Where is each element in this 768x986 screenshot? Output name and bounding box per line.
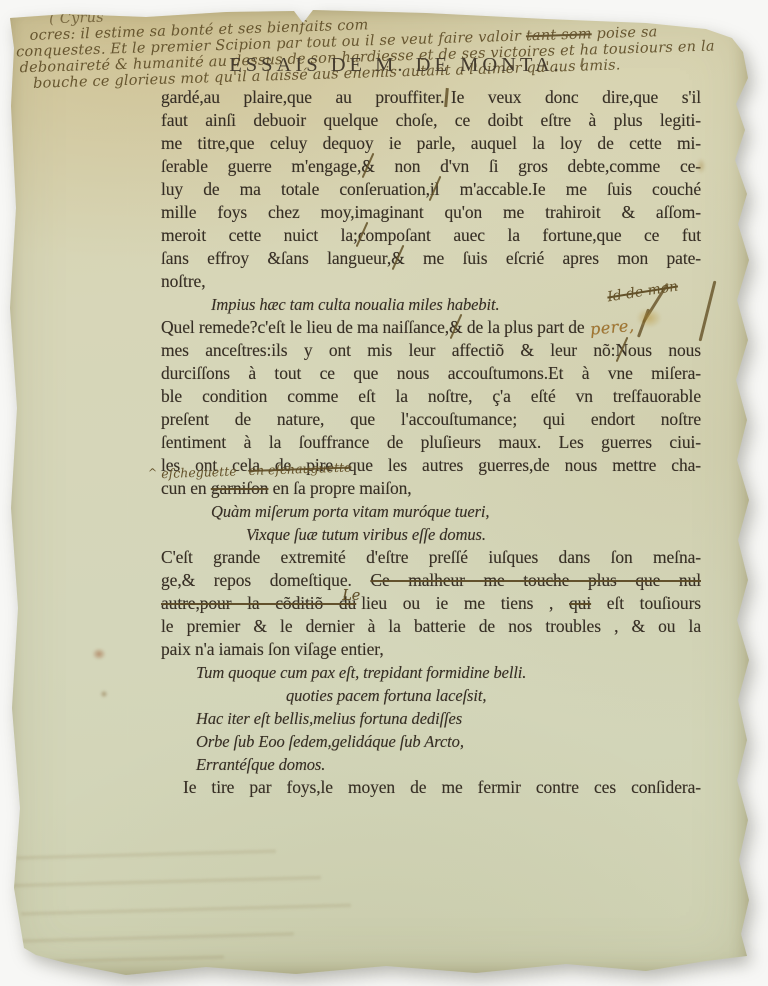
print-text: le premier & le dernier à la batterie de… xyxy=(161,616,701,636)
print-text: Tum quoque cum pax eſt, trepidant formid… xyxy=(196,663,526,682)
print-text: Quàm miſerum porta vitam muróque tueri, xyxy=(211,502,489,521)
body-line: cun en garniſon en ſa propre maiſon, xyxy=(161,477,701,500)
body-line: autre,pour la cõditiõ duLelieu ou ie me … xyxy=(161,592,701,615)
body-line: ge,& repos domeſtique. Ce malheur me tou… xyxy=(161,569,701,592)
print-text: Quel remede?c'eſt le lieu de ma naiſſanc… xyxy=(161,317,449,337)
print-text: ſans effroy &ſans langueur, xyxy=(161,248,391,268)
print-text: preſent de nature, que l'accouſtumance; … xyxy=(161,409,701,429)
struck-print-text: garniſon xyxy=(211,478,269,498)
print-text: C'eſt grande extremité d'eſtre preſſé iu… xyxy=(161,547,701,567)
print-text: Errantéſque domos. xyxy=(196,755,325,774)
print-text: durciſſons à tout ce que nous accouſtumo… xyxy=(161,363,701,383)
stain xyxy=(696,158,706,174)
print-text: ſerable guerre m'engage, xyxy=(161,156,361,176)
print-text: non d'vn ſi gros debte,comme ce- xyxy=(375,156,701,176)
print-text: Vixque ſuæ tutum viribus eſſe domus. xyxy=(246,525,486,544)
showthrough-streak xyxy=(14,932,294,943)
print-text: en ſa propre maiſon, xyxy=(268,478,411,498)
showthrough-streak xyxy=(24,955,224,964)
print-text: meroit cette nuict la; xyxy=(161,225,358,245)
body-line: luy de ma totale conſeruation,il m'accab… xyxy=(161,178,701,201)
body-line: Orbe ſub Eoo ſedem,gelidáque ſub Arcto, xyxy=(161,730,701,753)
handwritten-insertion-word: eſcheguette xyxy=(161,463,237,481)
page-shadow-wrap: ( Cyrusocres: il estime sa bonté et ses … xyxy=(0,0,768,986)
print-text: de la plus part de xyxy=(463,317,585,337)
body-line: gardé,au plaire,que au prouffiter.Ie veu… xyxy=(161,86,701,109)
pen-stroke xyxy=(699,281,717,342)
body-line: me titre,que celuy dequoy ie parle, auqu… xyxy=(161,132,701,155)
showthrough-streak xyxy=(16,850,276,861)
body-line: Hac iter eſt bellis,melius fortuna dediſ… xyxy=(161,707,701,730)
body-line: le premier & le dernier à la batterie de… xyxy=(161,615,701,638)
print-text: ble condition comme eſt la noſtre, ç'a e… xyxy=(161,386,701,406)
body-line: ble condition comme eſt la noſtre, ç'a e… xyxy=(161,385,701,408)
print-text: eſt touſiours xyxy=(591,593,701,613)
hand-corrected-char: il xyxy=(430,179,440,199)
body-line: C'eſt grande extremité d'eſtre preſſé iu… xyxy=(161,546,701,569)
marginalia-text: ( Cyrus xyxy=(49,10,104,28)
print-text: faut ainſi debuoir quelque choſe, ce doi… xyxy=(161,110,701,130)
handwritten-insertion-mark xyxy=(445,88,449,107)
print-text: noſtre, xyxy=(161,271,206,291)
stain xyxy=(636,308,662,328)
struck-print-text: Ce malheur me touche plus que nul xyxy=(370,570,701,590)
print-text: me titre,que celuy dequoy ie parle, auqu… xyxy=(161,133,701,153)
body-line: Quel remede?c'eſt le lieu de ma naiſſanc… xyxy=(161,316,701,339)
print-text: Impius hæc tam culta noualia miles habeb… xyxy=(211,295,500,314)
body-line: quoties pacem fortuna laceſsit, xyxy=(161,684,701,707)
print-text: luy de ma totale conſeruation, xyxy=(161,179,430,199)
hand-corrected-char: & xyxy=(391,248,405,268)
print-text: gardé,au plaire,que au prouffiter. xyxy=(161,87,444,107)
print-text: mes anceſtres:ils y ont mis leur affecti… xyxy=(161,340,615,360)
body-line: Errantéſque domos. xyxy=(161,753,701,776)
print-text: ous nous xyxy=(628,340,701,360)
print-text: quoties pacem fortuna laceſsit, xyxy=(286,686,486,705)
body-line: meroit cette nuict la;compoſant auec la … xyxy=(161,224,701,247)
struck-print-text: autre,pour la cõditiõ du xyxy=(161,593,356,613)
print-text: lieu ou ie me tiens , xyxy=(361,593,569,613)
hand-corrected-char: c xyxy=(358,225,366,245)
body-line: ſentiment à la ſouffrance de pluſieurs m… xyxy=(161,431,701,454)
hand-corrected-char: & xyxy=(361,156,375,176)
hand-corrected-char: & xyxy=(449,317,463,337)
body-line: Vixque ſuæ tutum viribus eſſe domus. xyxy=(161,523,701,546)
book-page: ( Cyrusocres: il estime sa bonté et ses … xyxy=(6,8,752,978)
print-text: ſentiment à la ſouffrance de pluſieurs m… xyxy=(161,432,701,452)
handwritten-insertion-word: Le xyxy=(342,588,360,604)
print-text: Ie veux donc dire,que s'il xyxy=(451,87,701,107)
struck-print-text: qui xyxy=(569,593,591,613)
hand-corrected-char: N xyxy=(615,340,628,360)
body-line: mes anceſtres:ils y ont mis leur affecti… xyxy=(161,339,701,362)
body-line: paix n'a iamais ſon viſage entier, xyxy=(161,638,701,661)
print-text: Orbe ſub Eoo ſedem,gelidáque ſub Arcto, xyxy=(196,732,464,751)
scanned-document-view: ( Cyrusocres: il estime sa bonté et ses … xyxy=(0,0,768,986)
body-line: durciſſons à tout ce que nous accouſtumo… xyxy=(161,362,701,385)
showthrough-streak xyxy=(21,904,351,917)
print-text: Hac iter eſt bellis,melius fortuna dediſ… xyxy=(196,709,462,728)
stain xyxy=(100,690,108,698)
body-line: ſans effroy &ſans langueur,& me ſuis eſc… xyxy=(161,247,701,270)
body-line: Tum quoque cum pax eſt, trepidant formid… xyxy=(161,661,701,684)
body-line: ſerable guerre m'engage,& non d'vn ſi gr… xyxy=(161,155,701,178)
body-line: Quàm miſerum porta vitam muróque tueri, xyxy=(161,500,701,523)
body-line: faut ainſi debuoir quelque choſe, ce doi… xyxy=(161,109,701,132)
print-text: me ſuis eſcrié apres mon pate- xyxy=(405,248,701,268)
body-text: gardé,au plaire,que au prouffiter.Ie veu… xyxy=(161,86,701,799)
stain xyxy=(92,648,106,660)
handwritten-marginalia-top: ( Cyrusocres: il estime sa bonté et ses … xyxy=(15,0,741,92)
print-text: cun en xyxy=(161,478,211,498)
body-line: preſent de nature, que l'accouſtumance; … xyxy=(161,408,701,431)
print-text: ge,& repos domeſtique. xyxy=(161,570,370,590)
showthrough-streak xyxy=(11,876,321,888)
print-text: ompoſant auec la fortune,que ce fut xyxy=(366,225,702,245)
running-header: ESSAIS DE M. DE MONTA. xyxy=(106,54,686,77)
body-line: Ie tire par foys,le moyen de me fermir c… xyxy=(161,776,701,799)
print-text: m'accable.Ie me ſuis couché xyxy=(439,179,701,199)
print-text: mille foys chez moy,imaginant qu'on me t… xyxy=(161,202,701,222)
print-text: paix n'a iamais ſon viſage entier, xyxy=(161,639,384,659)
body-line: mille foys chez moy,imaginant qu'on me t… xyxy=(161,201,701,224)
print-text: Ie tire par foys,le moyen de me fermir c… xyxy=(183,777,701,797)
insertion-caret: ^ xyxy=(148,466,158,479)
